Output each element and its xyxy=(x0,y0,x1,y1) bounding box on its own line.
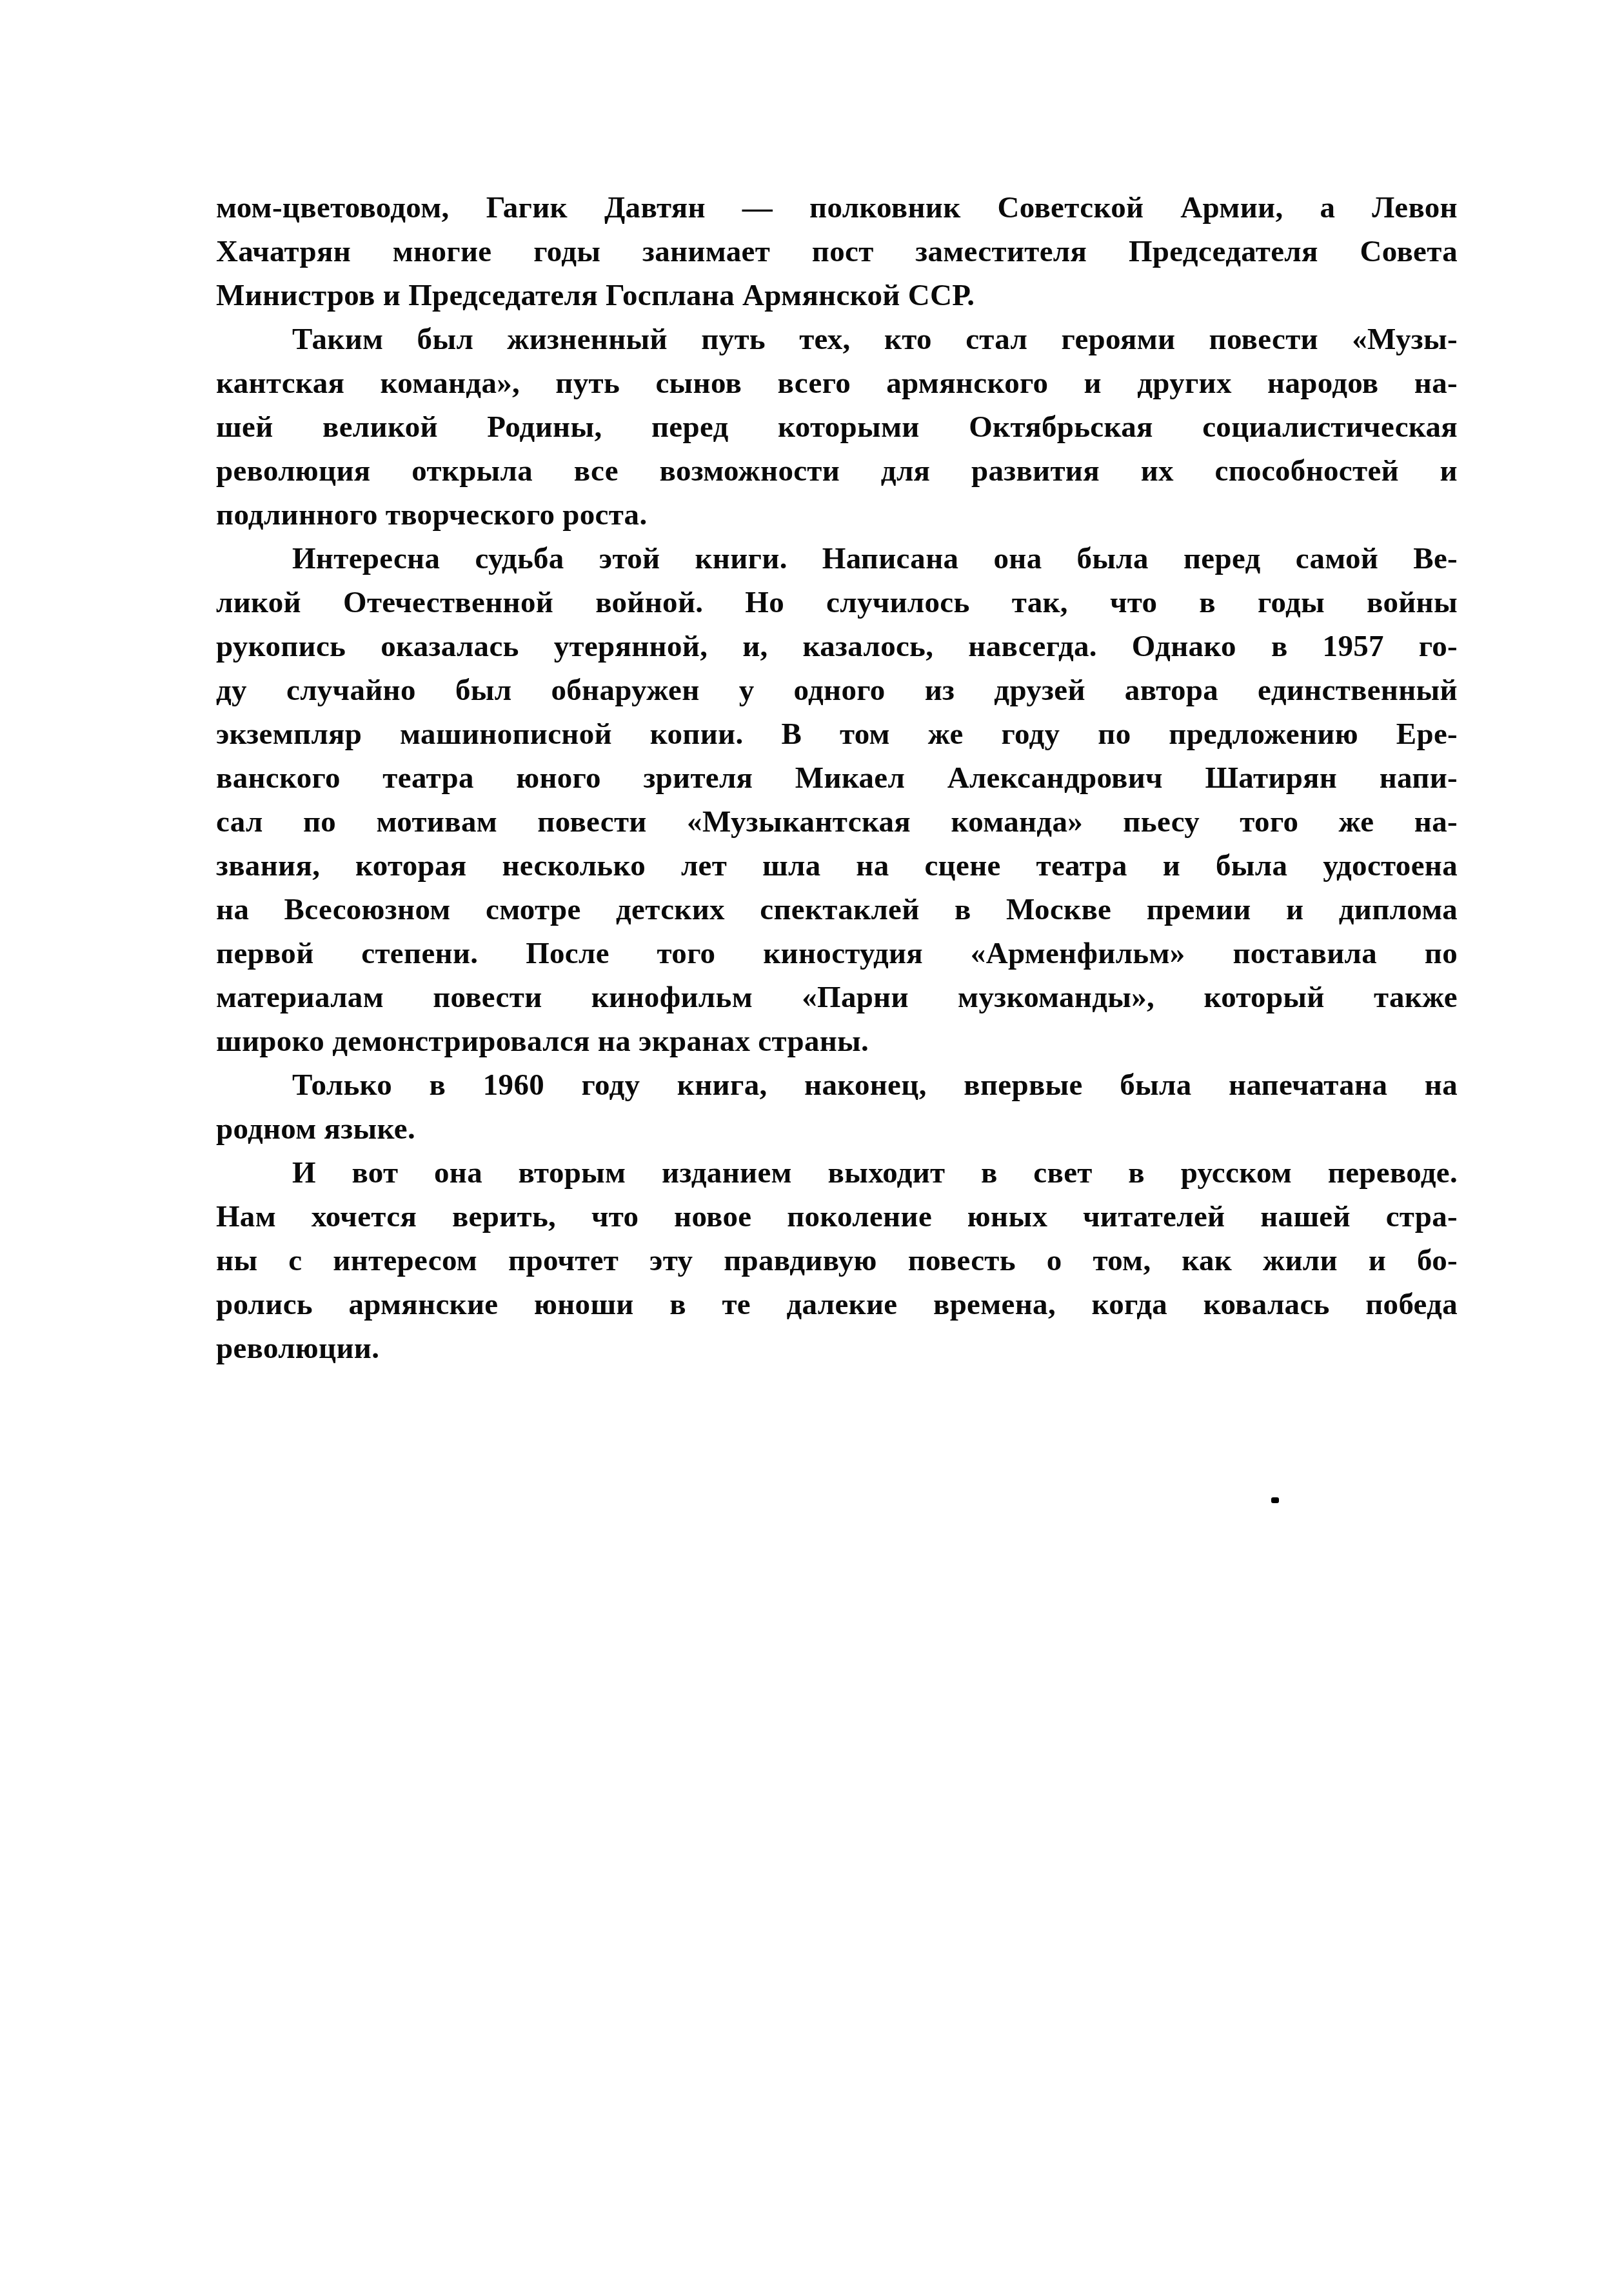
paragraph-1960-publication: Только в 1960 году книга, наконец, вперв… xyxy=(216,1063,1458,1151)
paragraph-heroes-path: Таким был жизненный путь тех, кто стал г… xyxy=(216,317,1458,537)
text-line: подлинного творческого роста. xyxy=(216,493,1458,537)
text-line: рукопись оказалась утерянной, и, казалос… xyxy=(216,624,1458,668)
text-line: Таким был жизненный путь тех, кто стал г… xyxy=(216,317,1458,361)
text-line: Хачатрян многие годы занимает пост замес… xyxy=(216,230,1458,274)
text-line: экземпляр машинописной копии. В том же г… xyxy=(216,712,1458,756)
text-line: широко демонстрировался на экранах стран… xyxy=(216,1019,1458,1063)
paragraph-second-edition: И вот она вторым изданием выходит в свет… xyxy=(216,1151,1458,1370)
text-line: материалам повести кинофильм «Парни музк… xyxy=(216,975,1458,1019)
text-line: мом-цветоводом, Гагик Давтян — полковник… xyxy=(216,186,1458,230)
text-line: Нам хочется верить, что новое поколение … xyxy=(216,1195,1458,1239)
document-page: мом-цветоводом, Гагик Давтян — полковник… xyxy=(216,186,1458,1370)
text-line: Интересна судьба этой книги. Написана он… xyxy=(216,537,1458,581)
paragraph-continuation: мом-цветоводом, Гагик Давтян — полковник… xyxy=(216,186,1458,317)
paragraph-book-fate: Интересна судьба этой книги. Написана он… xyxy=(216,537,1458,1063)
text-line: ликой Отечественной войной. Но случилось… xyxy=(216,581,1458,624)
ink-speck xyxy=(1271,1497,1279,1503)
text-line: ду случайно был обнаружен у одного из др… xyxy=(216,668,1458,712)
text-line: кантская команда», путь сынов всего армя… xyxy=(216,361,1458,405)
text-line: Только в 1960 году книга, наконец, вперв… xyxy=(216,1063,1458,1107)
text-line: ролись армянские юноши в те далекие врем… xyxy=(216,1283,1458,1326)
text-line: звания, которая несколько лет шла на сце… xyxy=(216,844,1458,888)
text-line: революции. xyxy=(216,1326,1458,1370)
text-line: шей великой Родины, перед которыми Октяб… xyxy=(216,405,1458,449)
text-line: ванского театра юного зрителя Микаел Але… xyxy=(216,756,1458,800)
text-line: сал по мотивам повести «Музыкантская ком… xyxy=(216,800,1458,844)
text-line: на Всесоюзном смотре детских спектаклей … xyxy=(216,888,1458,932)
text-line: ны с интересом прочтет эту правдивую пов… xyxy=(216,1239,1458,1283)
text-line: революция открыла все возможности для ра… xyxy=(216,449,1458,493)
text-line: родном языке. xyxy=(216,1107,1458,1151)
text-line: первой степени. После того киностудия «А… xyxy=(216,932,1458,975)
text-line: Министров и Председателя Госплана Армянс… xyxy=(216,274,1458,317)
text-line: И вот она вторым изданием выходит в свет… xyxy=(216,1151,1458,1195)
